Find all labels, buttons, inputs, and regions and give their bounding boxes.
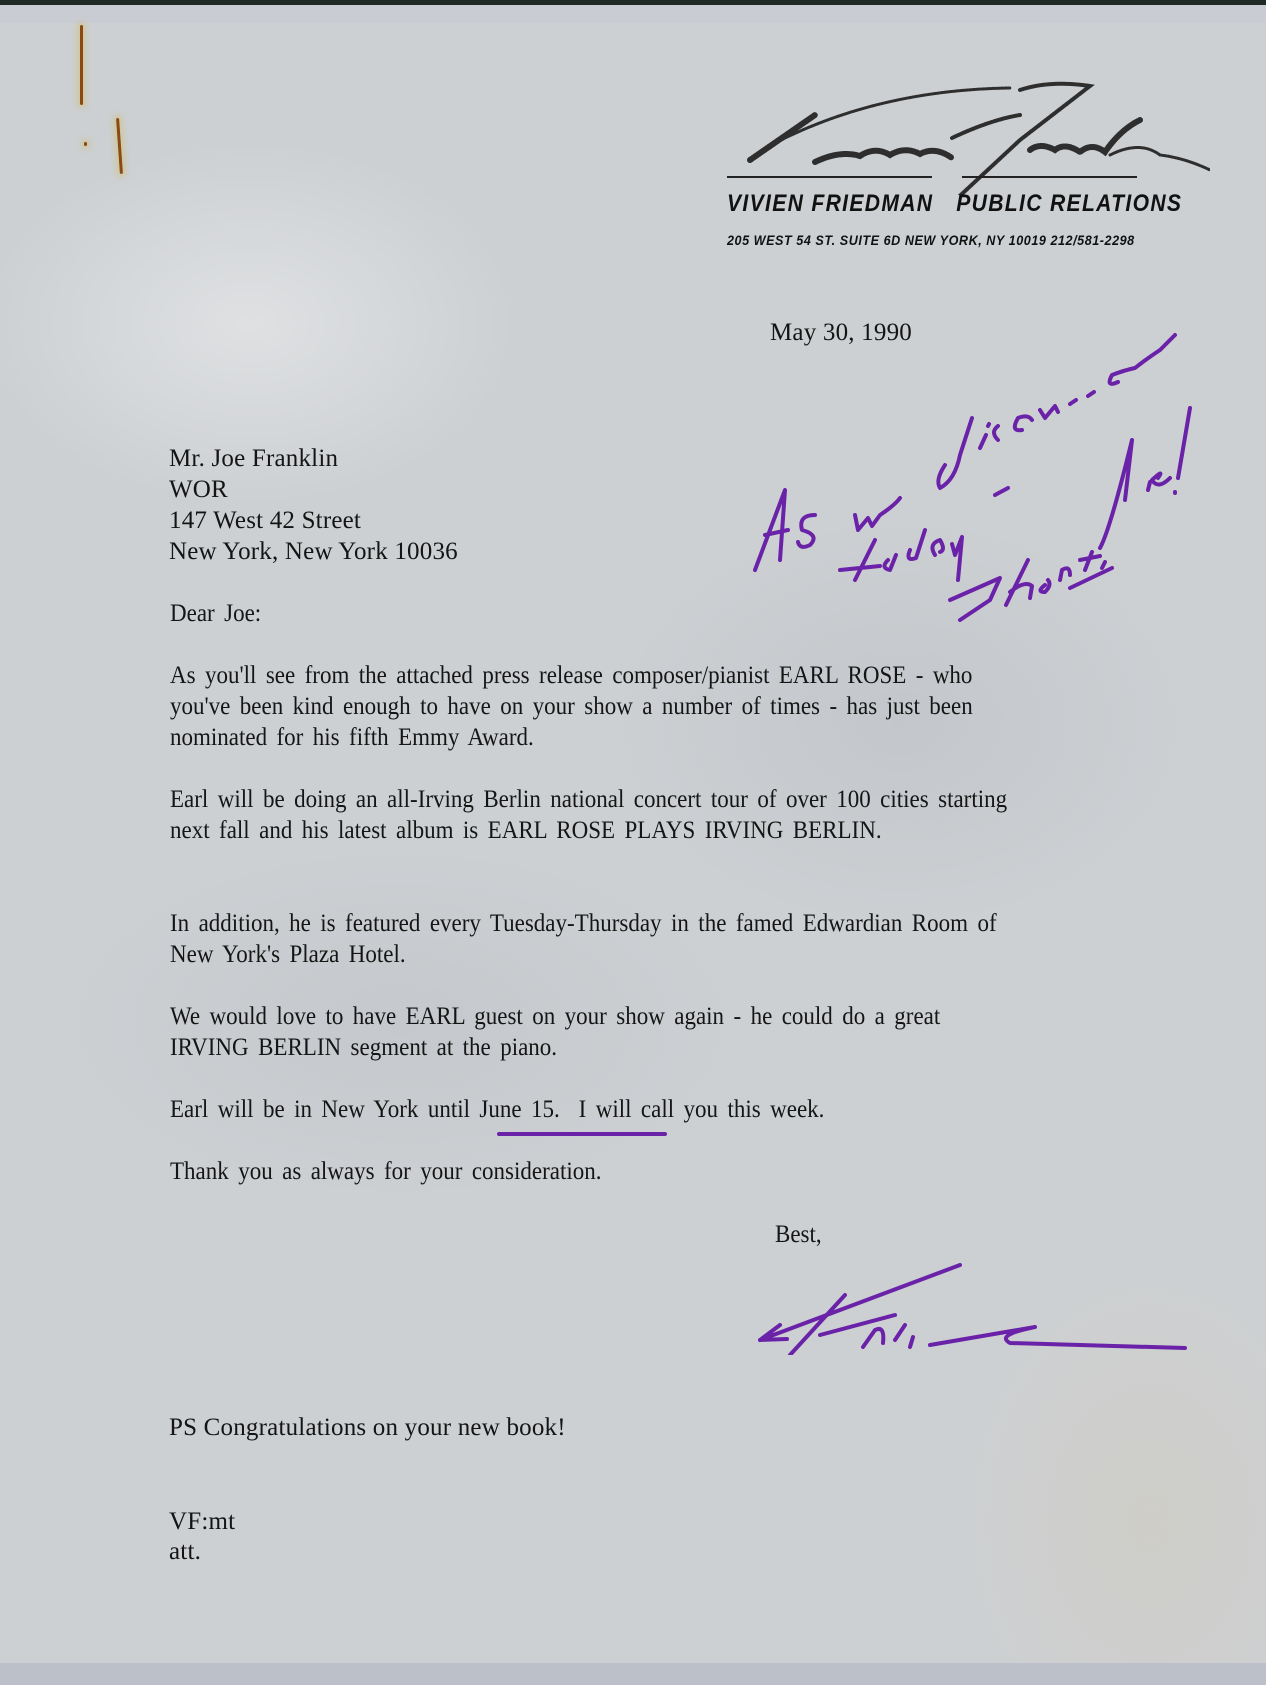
paragraph-thanks: Thank you as always for your considerati… <box>170 1156 1016 1187</box>
scan-top-band <box>0 5 1266 23</box>
letterhead-rule-left <box>727 176 932 178</box>
paragraph-nomination: As you'll see from the attached press re… <box>170 660 1016 753</box>
schedule-before: Earl will be in New York <box>170 1096 428 1123</box>
rust-stain <box>80 25 83 105</box>
schedule-underlined: until June 15. <box>428 1096 560 1123</box>
paragraph-plaza: In addition, he is featured every Tuesda… <box>170 908 1016 970</box>
letterhead-rule-right <box>962 176 1137 178</box>
closing: Best, <box>775 1219 959 1250</box>
recipient-line: WOR <box>169 474 228 505</box>
firm-name-left: VIVIEN FRIEDMAN <box>727 190 933 217</box>
postscript: PS Congratulations on your new book! <box>169 1412 566 1443</box>
reference-initials: VF:mt <box>169 1506 235 1537</box>
handwritten-note: As we discussed today – Thanks, Joe! <box>740 330 1210 630</box>
firm-name: VIVIEN FRIEDMANPUBLIC RELATIONS <box>727 190 1182 218</box>
paragraph-schedule: Earl will be in New York until June 15. … <box>170 1094 1016 1125</box>
paragraph-tour: Earl will be doing an all-Irving Berlin … <box>170 784 1016 846</box>
schedule-after: I will call you this week. <box>560 1096 825 1123</box>
rust-stain <box>84 142 87 146</box>
enclosure-note: att. <box>169 1536 201 1567</box>
paragraph-guest-request: We would love to have EARL guest on your… <box>170 1001 1016 1063</box>
firm-name-right: PUBLIC RELATIONS <box>956 190 1182 217</box>
recipient-line: Mr. Joe Franklin <box>169 443 338 474</box>
recipient-line: 147 West 42 Street <box>169 505 361 536</box>
recipient-line: New York, New York 10036 <box>169 536 458 567</box>
handwritten-underline <box>497 1132 667 1136</box>
handwritten-signature: Fran <box>745 1255 1195 1355</box>
scan-bottom-band <box>0 1663 1266 1685</box>
firm-address: 205 WEST 54 ST. SUITE 6D NEW YORK, NY 10… <box>727 232 1135 248</box>
